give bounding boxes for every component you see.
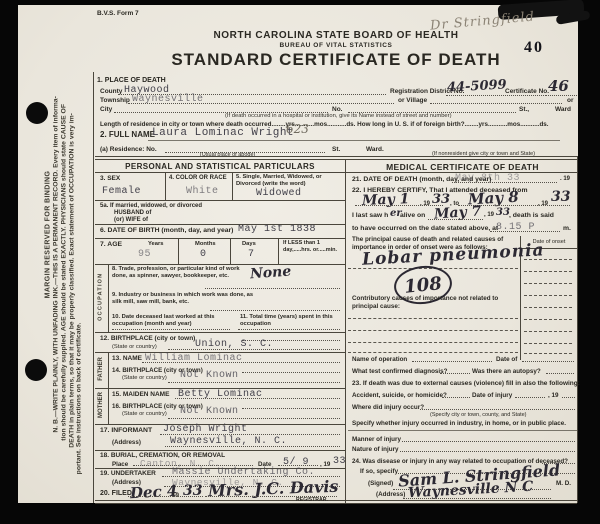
rule — [95, 503, 577, 504]
operation-label: Name of operation — [352, 356, 407, 364]
dotted-leader — [242, 408, 340, 409]
filed-date-value: Dec 4 — [130, 482, 178, 502]
dotted-leader — [112, 329, 230, 330]
md-label: M. D. — [556, 480, 571, 488]
dotted-leader — [546, 373, 574, 374]
onset-dash — [524, 283, 572, 284]
margin-nb-line2: tion should be carefully supplied. AGE s… — [62, 32, 69, 512]
certificate-no-value: 46 — [548, 77, 569, 95]
scanned-death-certificate: MARGIN RESERVED FOR BINDING N. B.—WRITE … — [0, 0, 600, 524]
dotted-leader — [452, 182, 557, 183]
pencil-house-number: 623 — [286, 122, 309, 136]
lastsaw-mid-label: alive on — [400, 212, 425, 220]
mother-birthplace-value: Not Known — [180, 406, 239, 417]
rule — [95, 159, 577, 160]
ward-label: Ward — [555, 106, 571, 114]
rule — [95, 200, 345, 201]
certificate-no-label: Certificate No. — [505, 88, 549, 96]
last-worked-label: 10. Date deceased last worked at this oc… — [112, 314, 234, 328]
dotted-leader — [490, 231, 560, 232]
dotted-leader — [522, 361, 574, 362]
dotted-leader — [242, 372, 340, 373]
full-name-value: Laura Lominac Wright — [152, 127, 294, 139]
registration-district-value: 44-5099 — [447, 77, 507, 95]
dotted-leader — [402, 441, 575, 442]
operation-date-label: Date of — [496, 356, 517, 364]
nature-of-injury-label: Nature of injury — [352, 446, 399, 454]
father-birthplace-value: Not Known — [180, 370, 239, 381]
dotted-leader — [165, 446, 340, 447]
trade-label: 8. Trade, profession, or particular kind… — [112, 266, 254, 280]
dob-value: May 1st 1838 — [238, 224, 316, 235]
lastsaw-pre-label: I last saw h — [352, 212, 388, 220]
dotted-leader — [210, 310, 340, 311]
margin-nb-line4: portant. See instructions on back of cer… — [77, 298, 84, 498]
if-so-specify-label: If so, specify — [360, 468, 398, 476]
age-less-label: If LESS than 1 day,.....hrs. or.....min. — [283, 240, 343, 254]
margin-nb-line1: N. B.—WRITE PLAINLY, WITH UNFADING INK.—… — [54, 24, 61, 504]
color-race-label: 4. COLOR OR RACE — [169, 175, 227, 182]
dotted-leader — [128, 496, 203, 497]
residence-ward-label: Ward. — [366, 146, 384, 154]
dotted-leader — [160, 434, 340, 435]
medical-section-header: MEDICAL CERTIFICATE OF DEATH — [348, 162, 577, 172]
dotted-leader — [175, 398, 340, 399]
rule — [95, 238, 345, 239]
mother-vertical-label: MOTHER — [98, 388, 104, 422]
undertaker-label: 19. UNDERTAKER — [100, 470, 156, 478]
mother-bp-state-label: (State or country) — [122, 411, 167, 418]
accident-label: Accident, suicide, or homicide? — [352, 392, 447, 400]
industry-label: 9. Industry or business in which work wa… — [112, 292, 260, 306]
signed-label: (Signed) — [368, 480, 393, 488]
burial-year-value: 33 — [333, 456, 346, 467]
residence-st-label: St. — [332, 146, 340, 154]
dotted-leader — [168, 418, 340, 419]
rule — [148, 140, 560, 141]
residence-a-label: (a) Residence: No. — [100, 146, 157, 154]
occupation-vertical-label: OCCUPATION — [98, 265, 104, 329]
rule — [93, 72, 94, 503]
onset-dash — [524, 319, 572, 320]
address-label: (Address) — [376, 491, 405, 499]
onset-dash — [524, 307, 572, 308]
occurred-label: to have occurred on the date stated abov… — [352, 225, 498, 233]
dod-year-label: . 19 — [560, 176, 570, 183]
dotted-leader — [515, 397, 545, 398]
age-years-value: 95 — [138, 249, 151, 260]
mother-maiden-name-label: 15. MAIDEN NAME — [112, 391, 169, 399]
birthplace-label: 12. BIRTHPLACE (city or town) — [100, 335, 195, 343]
or-village-label: or Village — [398, 97, 427, 105]
age-label: 7. AGE — [100, 241, 122, 249]
lastsaw-year: 33 — [496, 207, 510, 218]
rule — [108, 264, 109, 332]
onset-dash — [524, 271, 572, 272]
or-label: or — [567, 97, 574, 105]
external-causes-label: 23. If death was due to external causes … — [352, 380, 580, 388]
dotted-leader — [412, 361, 492, 362]
autopsy-label: Was there an autopsy? — [472, 368, 541, 376]
filed-label: 20. FILED — [100, 490, 132, 498]
father-bp-state-label: (State or country) — [122, 375, 167, 382]
township-label: Township — [100, 97, 130, 105]
dob-label: 6. DATE OF BIRTH (month, day, and year) — [100, 227, 233, 235]
test-label: What test confirmed diagnosis? — [352, 368, 448, 376]
rule — [345, 159, 346, 503]
dotted-leader — [562, 397, 575, 398]
injury-date-label: Date of injury — [472, 392, 512, 400]
rule — [95, 156, 577, 157]
dashed-line — [348, 318, 518, 319]
informant-address-label: (Address) — [112, 439, 141, 446]
onset-dash — [524, 295, 572, 296]
sex-value: Female — [102, 186, 141, 197]
dotted-leader — [355, 205, 443, 206]
dotted-leader — [278, 465, 318, 466]
rule — [348, 430, 577, 431]
dotted-leader — [403, 498, 551, 499]
hospital-note: (If death occurred in a hospital or inst… — [225, 113, 555, 120]
rule — [108, 352, 109, 388]
rule — [108, 388, 109, 424]
dotted-leader — [128, 103, 394, 104]
dotted-leader — [442, 397, 470, 398]
trade-value: None — [249, 264, 291, 283]
attended-to-year: 33 — [551, 189, 570, 205]
lastsaw-post-label: , death is said — [509, 212, 554, 220]
attended-from-date: May 1 — [362, 191, 410, 209]
specify-label: Specify whether injury occurred in indus… — [352, 420, 566, 428]
dotted-leader — [142, 362, 340, 363]
dashed-line — [348, 342, 518, 343]
dashed-line — [348, 330, 518, 331]
dotted-leader — [168, 349, 340, 350]
stamped-number: 40 — [524, 38, 544, 57]
rule — [232, 172, 233, 200]
personal-section-header: PERSONAL AND STATISTICAL PARTICULARS — [95, 162, 345, 172]
age-days-value: 7 — [248, 249, 255, 260]
form-number: B.V.S. Form 7 — [97, 10, 139, 18]
year19c-label: , 19 — [484, 212, 494, 219]
dotted-leader — [420, 409, 575, 410]
m-label: m. — [563, 225, 571, 233]
dotted-leader — [168, 382, 340, 383]
registrar-label: REGISTRAR. — [296, 497, 328, 503]
age-years-label: Years — [148, 241, 163, 248]
onset-dash — [524, 343, 572, 344]
rule — [278, 238, 279, 264]
margin-binding-note: MARGIN RESERVED FOR BINDING — [45, 95, 52, 375]
onset-dash — [524, 331, 572, 332]
marital-value: Widowed — [256, 188, 302, 199]
dotted-leader — [238, 329, 340, 330]
color-race-value: White — [186, 186, 219, 197]
dotted-leader — [428, 219, 483, 220]
rule — [95, 450, 345, 451]
rule — [178, 238, 179, 264]
injury-19-label: , 19 — [548, 392, 559, 400]
dotted-leader — [430, 103, 562, 104]
dotted-leader — [440, 373, 470, 374]
marital-label: 5. Single, Married, Widowed, or Divorced… — [236, 174, 342, 188]
wife-of-label: (or) WIFE of — [114, 217, 148, 224]
onset-dash — [524, 353, 572, 354]
dotted-leader — [400, 451, 575, 452]
onset-dash — [524, 259, 572, 260]
certificate-title: STANDARD CERTIFICATE OF DEATH — [136, 50, 536, 70]
contributory-label: Contributory causes of importance not re… — [352, 295, 520, 311]
father-name-label: 13. NAME — [112, 355, 142, 363]
dashed-line — [348, 352, 518, 353]
age-months-label: Months — [195, 241, 216, 248]
bureau-title: BUREAU OF VITAL STATISTICS — [236, 42, 436, 50]
age-months-value: 0 — [200, 249, 207, 260]
rule — [230, 238, 231, 264]
father-vertical-label: FATHER — [98, 352, 104, 386]
dotted-leader — [545, 95, 577, 96]
informant-label: 17. INFORMANT — [100, 427, 152, 435]
dotted-leader — [133, 465, 253, 466]
total-time-label: 11. Total time (years) spent in this occ… — [240, 314, 340, 328]
birthplace-state-label: (State or country) — [112, 344, 157, 351]
age-days-label: Days — [242, 241, 256, 248]
city-label: City — [100, 106, 112, 114]
where-injury-label: Where did injury occur? — [352, 404, 424, 412]
rule — [95, 264, 345, 265]
where-note: (Specify city or town, county, and State… — [430, 412, 527, 419]
rule — [165, 172, 166, 200]
manner-of-injury-label: Manner of injury — [352, 436, 401, 444]
rule — [95, 332, 345, 333]
full-name-label: 2. FULL NAME — [100, 130, 155, 140]
rule — [577, 156, 578, 503]
dotted-leader — [205, 288, 340, 289]
sex-label: 3. SEX — [100, 175, 120, 183]
